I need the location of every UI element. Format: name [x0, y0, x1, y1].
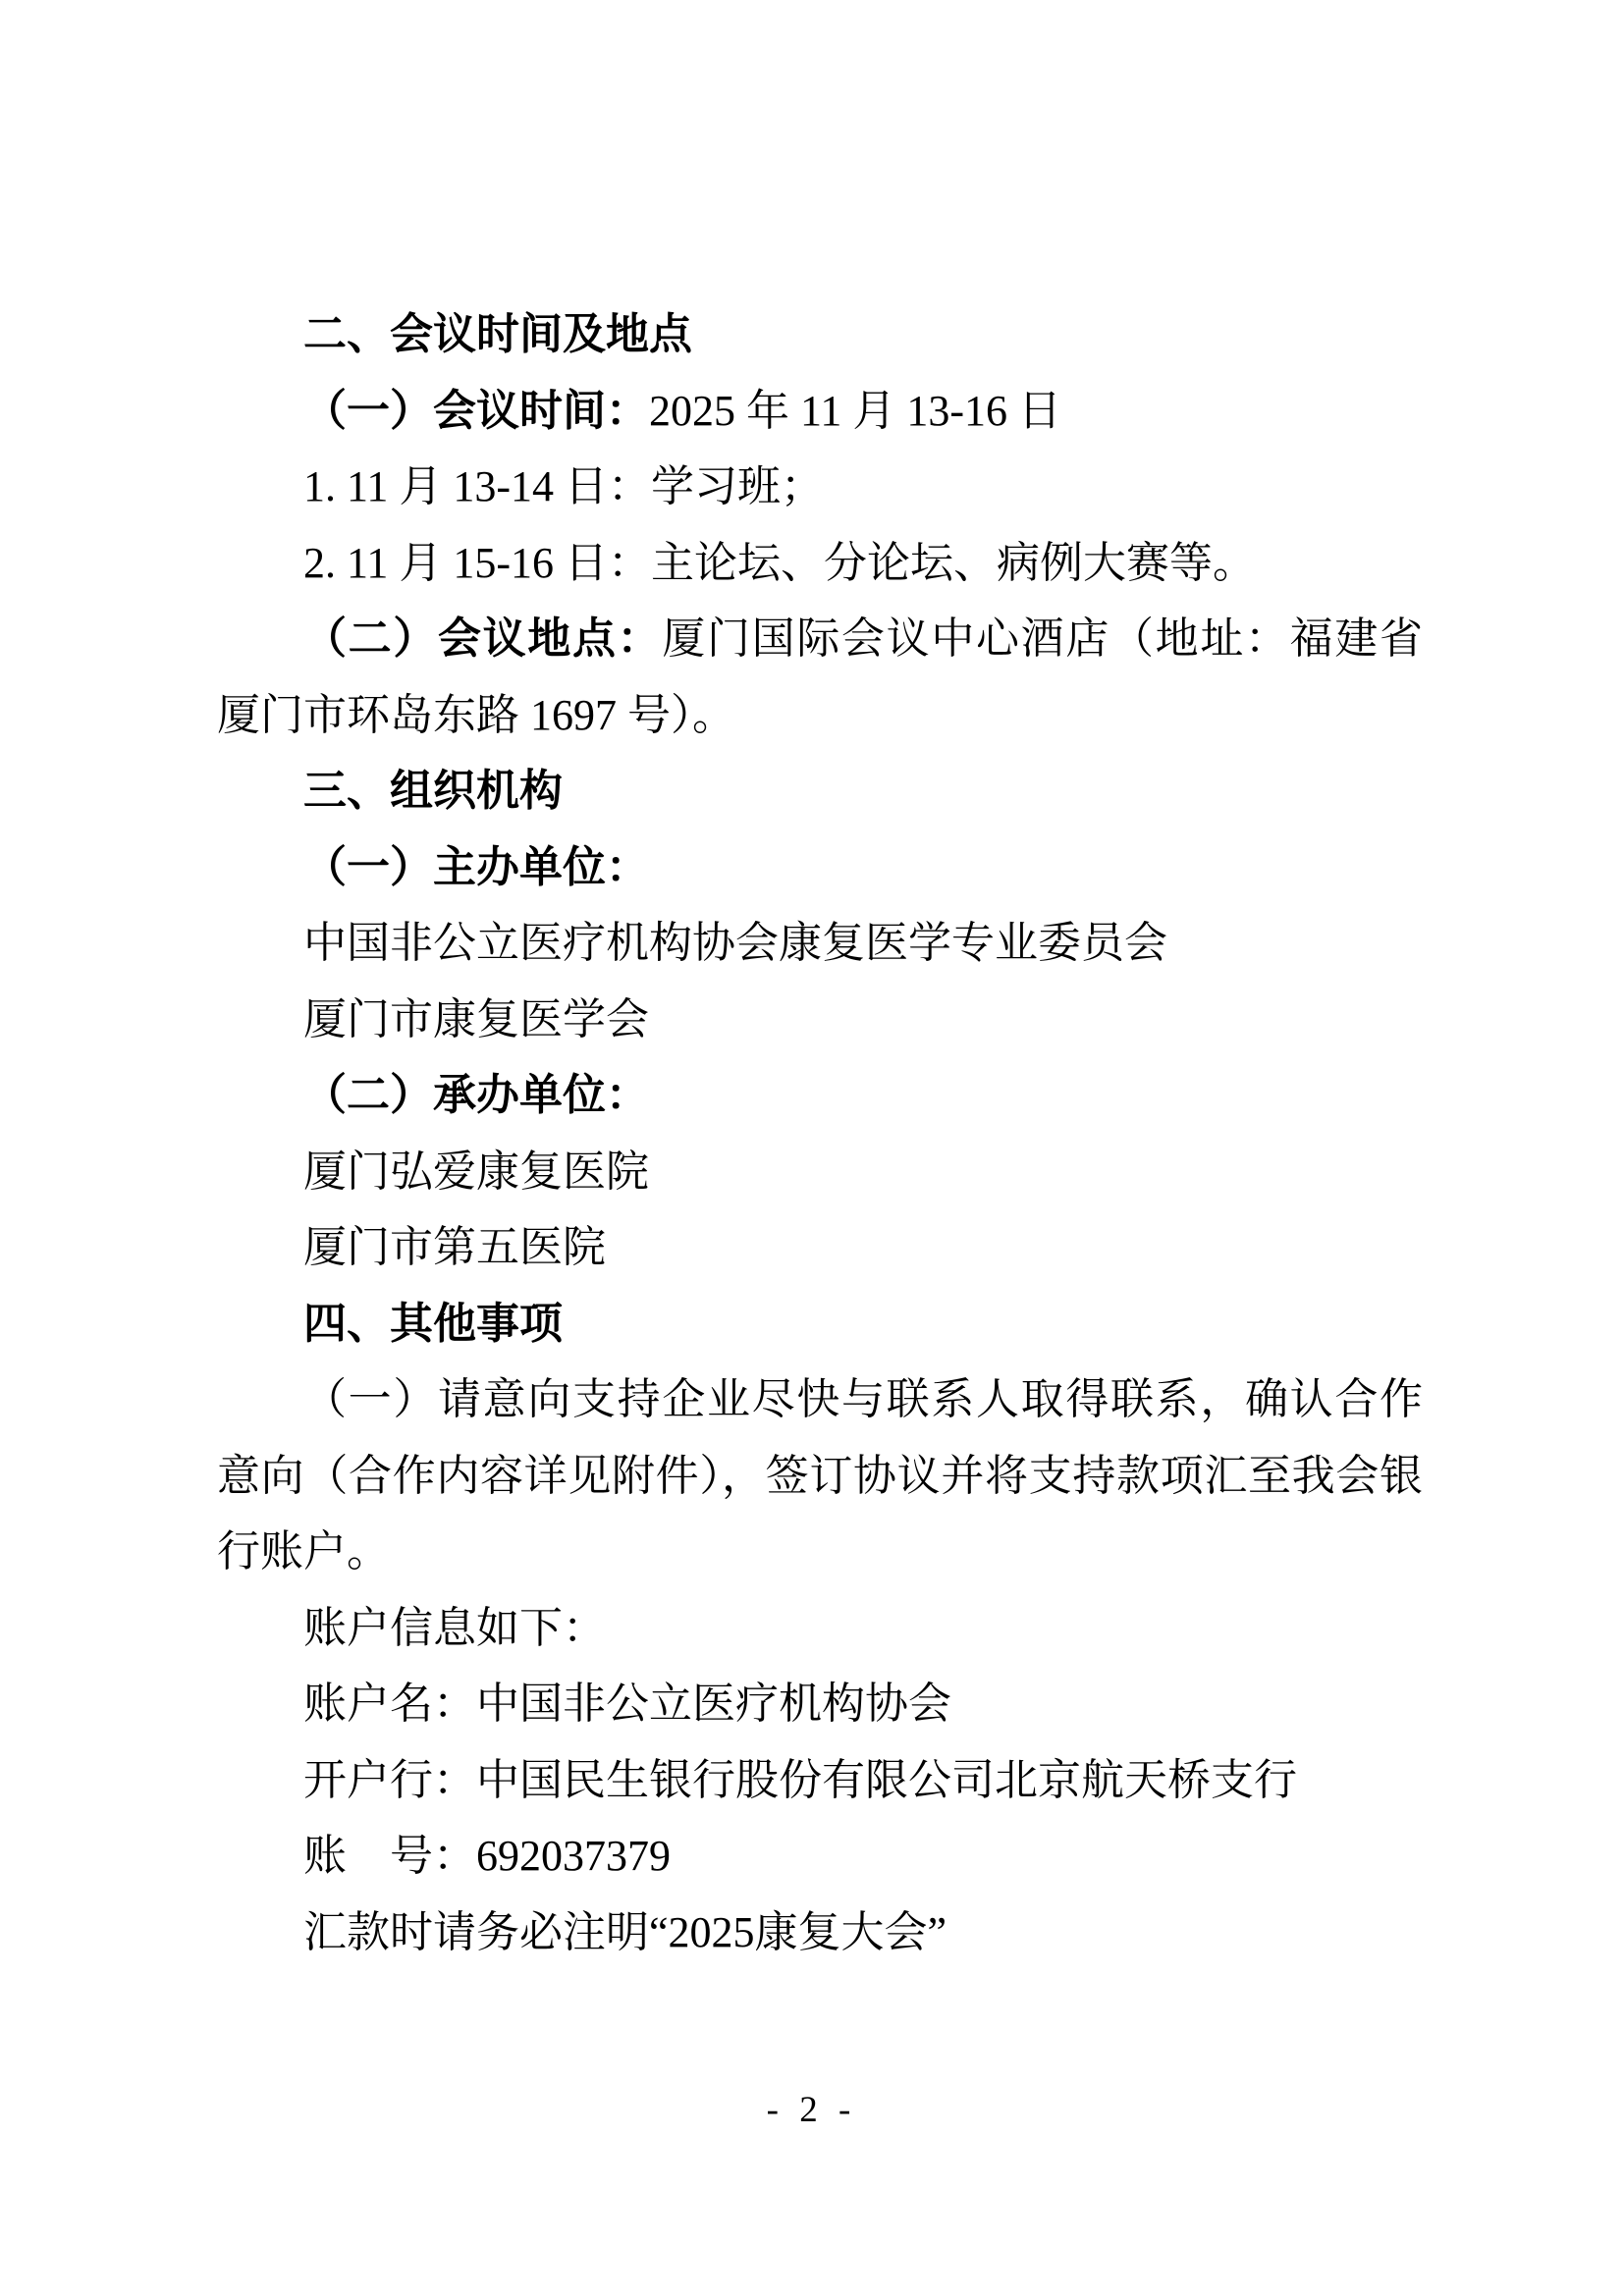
- paragraph-lead: （一）会议时间：: [303, 387, 649, 435]
- section-heading-meeting-time-location: 二、会议时间及地点: [217, 296, 1423, 373]
- paragraph-text: （一）请意向支持企业尽快与联系人取得联系，确认合作意向（合作内容详见附件），签订…: [217, 1375, 1423, 1575]
- paragraph-text: 开户行：中国民生银行股份有限公司北京航天桥支行: [303, 1756, 1297, 1804]
- meeting-time-line: （一）会议时间：2025 年 11 月 13-16 日: [217, 373, 1423, 450]
- paragraph-text: 汇款时请务必注明“2025康复大会”: [303, 1908, 947, 1956]
- account-name-line: 账户名：中国非公立医疗机构协会: [217, 1666, 1423, 1742]
- paragraph-lead: （一）主办单位：: [303, 843, 649, 891]
- paragraph-text: 三、组织机构: [303, 767, 563, 815]
- host-unit-1: 中国非公立医疗机构协会康复医学专业委员会: [217, 905, 1423, 982]
- paragraph-text: 厦门弘爱康复医院: [303, 1148, 649, 1196]
- paragraph-text: 厦门市第五医院: [303, 1223, 606, 1271]
- paragraph-text: 二、会议时间及地点: [303, 310, 692, 358]
- paragraph-text: 账户名：中国非公立医疗机构协会: [303, 1680, 951, 1728]
- paragraph-text: 中国非公立医疗机构协会康复医学专业委员会: [303, 919, 1167, 967]
- paragraph-text: 2. 11 月 15-16 日：主论坛、分论坛、病例大赛等。: [303, 539, 1256, 587]
- paragraph-text: 账户信息如下：: [303, 1604, 606, 1652]
- organizer-unit-2: 厦门市第五医院: [217, 1209, 1423, 1286]
- paragraph-text: 账 号：692037379: [303, 1832, 671, 1880]
- organizer-unit-label: （二）承办单位：: [217, 1057, 1423, 1134]
- host-unit-2: 厦门市康复医学会: [217, 982, 1423, 1058]
- host-unit-label: （一）主办单位：: [217, 829, 1423, 906]
- section-heading-other-matters: 四、其他事项: [217, 1286, 1423, 1362]
- organizer-unit-1: 厦门弘爱康复医院: [217, 1134, 1423, 1210]
- cooperation-paragraph: （一）请意向支持企业尽快与联系人取得联系，确认合作意向（合作内容详见附件），签订…: [217, 1362, 1423, 1590]
- document-body: 二、会议时间及地点 （一）会议时间：2025 年 11 月 13-16 日 1.…: [217, 296, 1423, 1970]
- remittance-note-line: 汇款时请务必注明“2025康复大会”: [217, 1895, 1423, 1971]
- document-page: 二、会议时间及地点 （一）会议时间：2025 年 11 月 13-16 日 1.…: [0, 0, 1623, 2296]
- account-number-line: 账 号：692037379: [217, 1818, 1423, 1895]
- paragraph-text: 1. 11 月 13-14 日：学习班；: [303, 462, 824, 510]
- account-info-intro: 账户信息如下：: [217, 1590, 1423, 1667]
- schedule-item-2: 2. 11 月 15-16 日：主论坛、分论坛、病例大赛等。: [217, 525, 1423, 602]
- meeting-location-line: （二）会议地点：厦门国际会议中心酒店（地址：福建省厦门市环岛东路 1697 号）…: [217, 601, 1423, 753]
- paragraph-text: 四、其他事项: [303, 1300, 563, 1348]
- bank-branch-line: 开户行：中国民生银行股份有限公司北京航天桥支行: [217, 1742, 1423, 1819]
- paragraph-text: 厦门市康复医学会: [303, 995, 649, 1043]
- paragraph-lead: （二）会议地点：: [303, 614, 662, 663]
- section-heading-organization: 三、组织机构: [217, 753, 1423, 829]
- paragraph-text: 2025 年 11 月 13-16 日: [649, 387, 1061, 435]
- page-number: - 2 -: [0, 2089, 1623, 2132]
- paragraph-lead: （二）承办单位：: [303, 1071, 649, 1119]
- schedule-item-1: 1. 11 月 13-14 日：学习班；: [217, 449, 1423, 525]
